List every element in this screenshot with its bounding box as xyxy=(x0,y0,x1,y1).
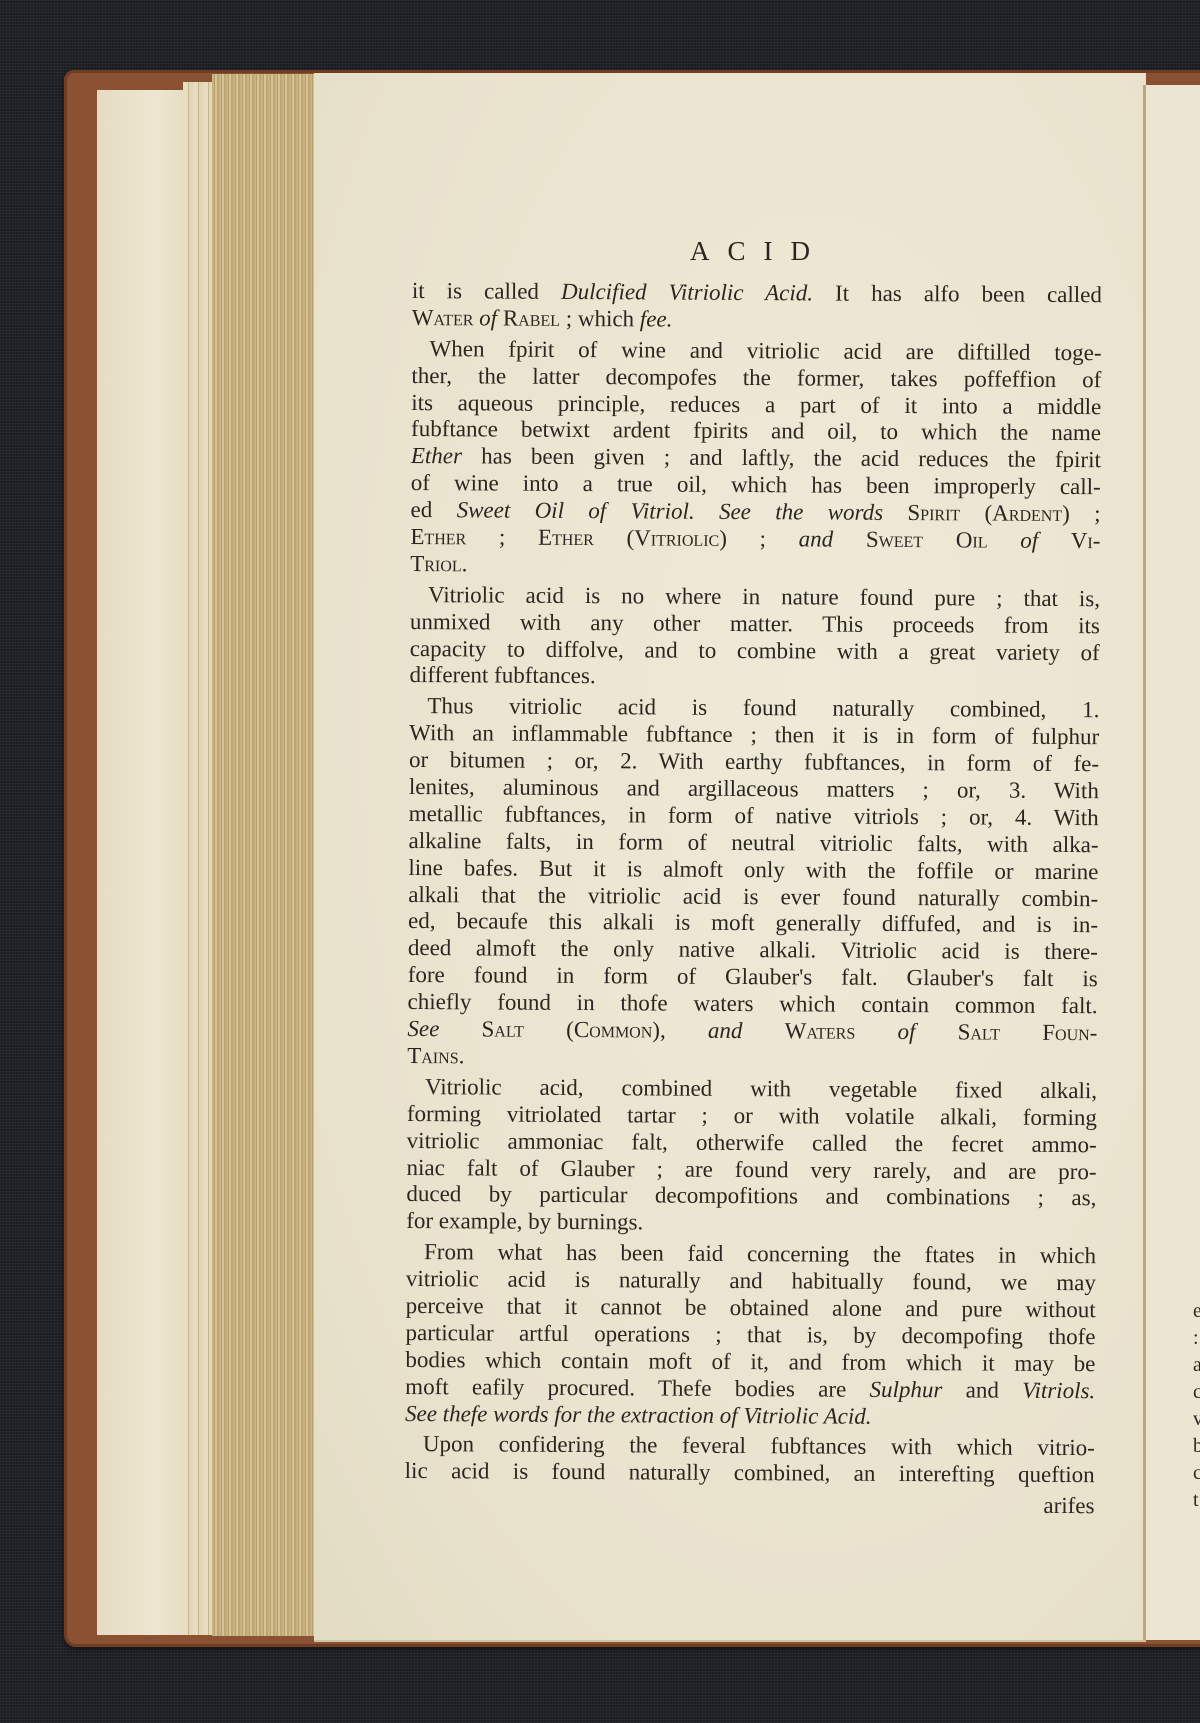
thin-page-edges xyxy=(183,82,213,1635)
text-line: it is called Dulcified Vitriolic Acid. I… xyxy=(412,278,1102,309)
text-line: Vitriolic acid is no where in nature fou… xyxy=(410,582,1100,613)
text-line: vitriolic acid is naturally and habitual… xyxy=(406,1266,1096,1297)
text-line: moft eafily procured. Thefe bodies are S… xyxy=(405,1374,1095,1405)
text-line: vitriolic ammoniac falt, otherwife calle… xyxy=(407,1128,1097,1159)
text-line: duced by particular decompofitions and c… xyxy=(406,1181,1096,1212)
text-line: forming vitriolated tartar ; or with vol… xyxy=(407,1101,1097,1132)
text-line: perceive that it cannot be obtained alon… xyxy=(406,1293,1096,1324)
text-line: metallic fubftances, in form of native v… xyxy=(409,801,1099,832)
gutter xyxy=(1143,85,1146,1640)
text-line: Tains. xyxy=(407,1043,1097,1074)
text-line: different fubftances. xyxy=(409,662,1099,693)
running-head: ACID xyxy=(690,236,828,267)
facing-page xyxy=(1146,85,1200,1640)
text-line: bodies which contain moft of it, and fro… xyxy=(405,1347,1095,1378)
text-line: Thus vitriolic acid is found naturally c… xyxy=(409,693,1099,724)
text-line: lic acid is found naturally combined, an… xyxy=(405,1458,1095,1489)
paragraph: Vitriolic acid, combined with vegetable … xyxy=(406,1074,1097,1240)
text-line: for example, by burnings. xyxy=(406,1208,1096,1239)
paragraph: Upon confidering the feveral fubftances … xyxy=(405,1431,1095,1489)
text-line: its aqueous principle, reduces a part of… xyxy=(411,390,1101,421)
text-line: deed almoft the only native alkali. Vitr… xyxy=(408,935,1098,966)
text-line: capacity to diffolve, and to combine wit… xyxy=(410,636,1100,667)
text-line: From what has been faid concerning the f… xyxy=(406,1239,1096,1270)
catchword: arifes xyxy=(404,1489,1094,1520)
paragraph: it is called Dulcified Vitriolic Acid. I… xyxy=(412,278,1102,336)
text-line: Ether ; Ether (Vitriolic) ; and Sweet Oi… xyxy=(410,524,1100,555)
text-line: of wine into a true oil, which has been … xyxy=(411,470,1101,501)
text-line: ed, becaufe this alkali is moft generall… xyxy=(408,908,1098,939)
text-line: unmixed with any other matter. This proc… xyxy=(410,609,1100,640)
text-line: fubftance betwixt ardent fpirits and oil… xyxy=(411,416,1101,447)
text-line: fore found in form of Glauber's falt. Gl… xyxy=(408,962,1098,993)
text-line: alkaline falts, in form of neutral vitri… xyxy=(408,828,1098,859)
text-line: When fpirit of wine and vitriolic acid a… xyxy=(411,336,1101,367)
text-line: Upon confidering the feveral fubftances … xyxy=(405,1431,1095,1462)
text-line: Triol. xyxy=(410,551,1100,582)
text-line: line bafes. But it is almoft only with t… xyxy=(408,855,1098,886)
text-line: With an inflammable fubftance ; then it … xyxy=(409,720,1099,751)
paragraph: Thus vitriolic acid is found naturally c… xyxy=(407,693,1099,1074)
text-line: or bitumen ; or, 2. With earthy fubftanc… xyxy=(409,747,1099,778)
facing-page-glyphs: e : a c v b c t xyxy=(1193,1298,1200,1514)
paragraph: Vitriolic acid is no where in nature fou… xyxy=(409,582,1100,694)
text-line: ther, the latter decompofes the former, … xyxy=(411,363,1101,394)
text-line: Ether has been given ; and laftly, the a… xyxy=(411,443,1101,474)
text-line: ed Sweet Oil of Vitriol. See the words S… xyxy=(410,497,1100,528)
text-line: chiefly found in thofe waters which cont… xyxy=(407,989,1097,1020)
book-spread: e : a c v b c t ACID it is called Dulcif… xyxy=(0,0,1200,1723)
text-line: lenites, aluminous and argillaceous matt… xyxy=(409,774,1099,805)
text-line: particular artful operations ; that is, … xyxy=(405,1320,1095,1351)
paragraph: From what has been faid concerning the f… xyxy=(405,1239,1096,1431)
page-stack-edges xyxy=(212,74,316,1636)
text-line: alkali that the vitriolic acid is ever f… xyxy=(408,882,1098,913)
text-line: Vitriolic acid, combined with vegetable … xyxy=(407,1074,1097,1105)
text-line: Water of Rabel ; which fee. xyxy=(412,305,1102,336)
text-line: See Salt (Common), and Waters of Salt Fo… xyxy=(407,1016,1097,1047)
body-text: it is called Dulcified Vitriolic Acid. I… xyxy=(404,278,1102,1520)
paragraph: When fpirit of wine and vitriolic acid a… xyxy=(410,336,1101,582)
text-line: See thefe words for the extraction of Vi… xyxy=(405,1400,1095,1431)
text-line: niac falt of Glauber ; are found very ra… xyxy=(406,1154,1096,1185)
